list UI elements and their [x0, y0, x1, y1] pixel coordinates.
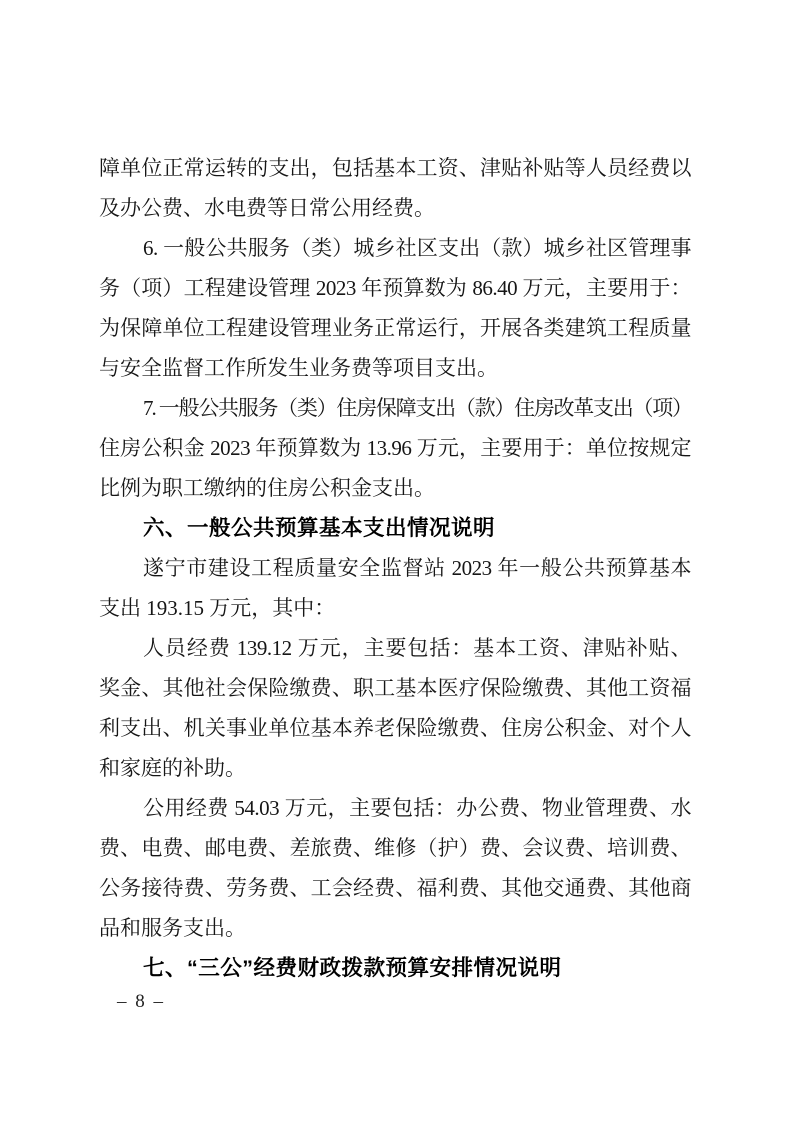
body-line: 遂宁市建设工程质量安全监督站 2023 年一般公共预算基本	[99, 548, 691, 588]
body-line-item-7: 7. 一般公共服务（类）住房保障支出（款）住房改革支出（项）	[99, 388, 691, 428]
body-line: 人员经费 139.12 万元，主要包括：基本工资、津贴补贴、	[99, 628, 691, 668]
body-line-item-6: 6. 一般公共服务（类）城乡社区支出（款）城乡社区管理事	[99, 228, 691, 268]
body-line: 住房公积金 2023 年预算数为 13.96 万元，主要用于：单位按规定	[99, 428, 691, 468]
body-line: 与安全监督工作所发生业务费等项目支出。	[99, 348, 691, 388]
body-line: 比例为职工缴纳的住房公积金支出。	[99, 468, 691, 508]
body-line: 支出 193.15 万元，其中：	[99, 588, 691, 628]
body-line: 公用经费 54.03 万元，主要包括：办公费、物业管理费、水	[99, 788, 691, 828]
body-line: 费、电费、邮电费、差旅费、维修（护）费、会议费、培训费、	[99, 828, 691, 868]
body-line: 利支出、机关事业单位基本养老保险缴费、住房公积金、对个人	[99, 708, 691, 748]
body-line: 为保障单位工程建设管理业务正常运行，开展各类建筑工程质量	[99, 308, 691, 348]
body-line: 奖金、其他社会保险缴费、职工基本医疗保险缴费、其他工资福	[99, 668, 691, 708]
body-line: 和家庭的补助。	[99, 748, 691, 788]
body-line: 公务接待费、劳务费、工会经费、福利费、其他交通费、其他商	[99, 868, 691, 908]
body-line: 务（项）工程建设管理 2023 年预算数为 86.40 万元，主要用于：	[99, 268, 691, 308]
body-line: 障单位正常运转的支出，包括基本工资、津贴补贴等人员经费以	[99, 148, 691, 188]
page-number: – 8 –	[117, 988, 165, 1016]
section-heading-6: 六、一般公共预算基本支出情况说明	[99, 508, 691, 548]
section-heading-7: 七、“三公”经费财政拨款预算安排情况说明	[99, 948, 691, 988]
body-line: 品和服务支出。	[99, 908, 691, 948]
document-page: 障单位正常运转的支出，包括基本工资、津贴补贴等人员经费以 及办公费、水电费等日常…	[0, 0, 793, 1122]
document-body: 障单位正常运转的支出，包括基本工资、津贴补贴等人员经费以 及办公费、水电费等日常…	[99, 148, 691, 988]
body-line: 及办公费、水电费等日常公用经费。	[99, 188, 691, 228]
